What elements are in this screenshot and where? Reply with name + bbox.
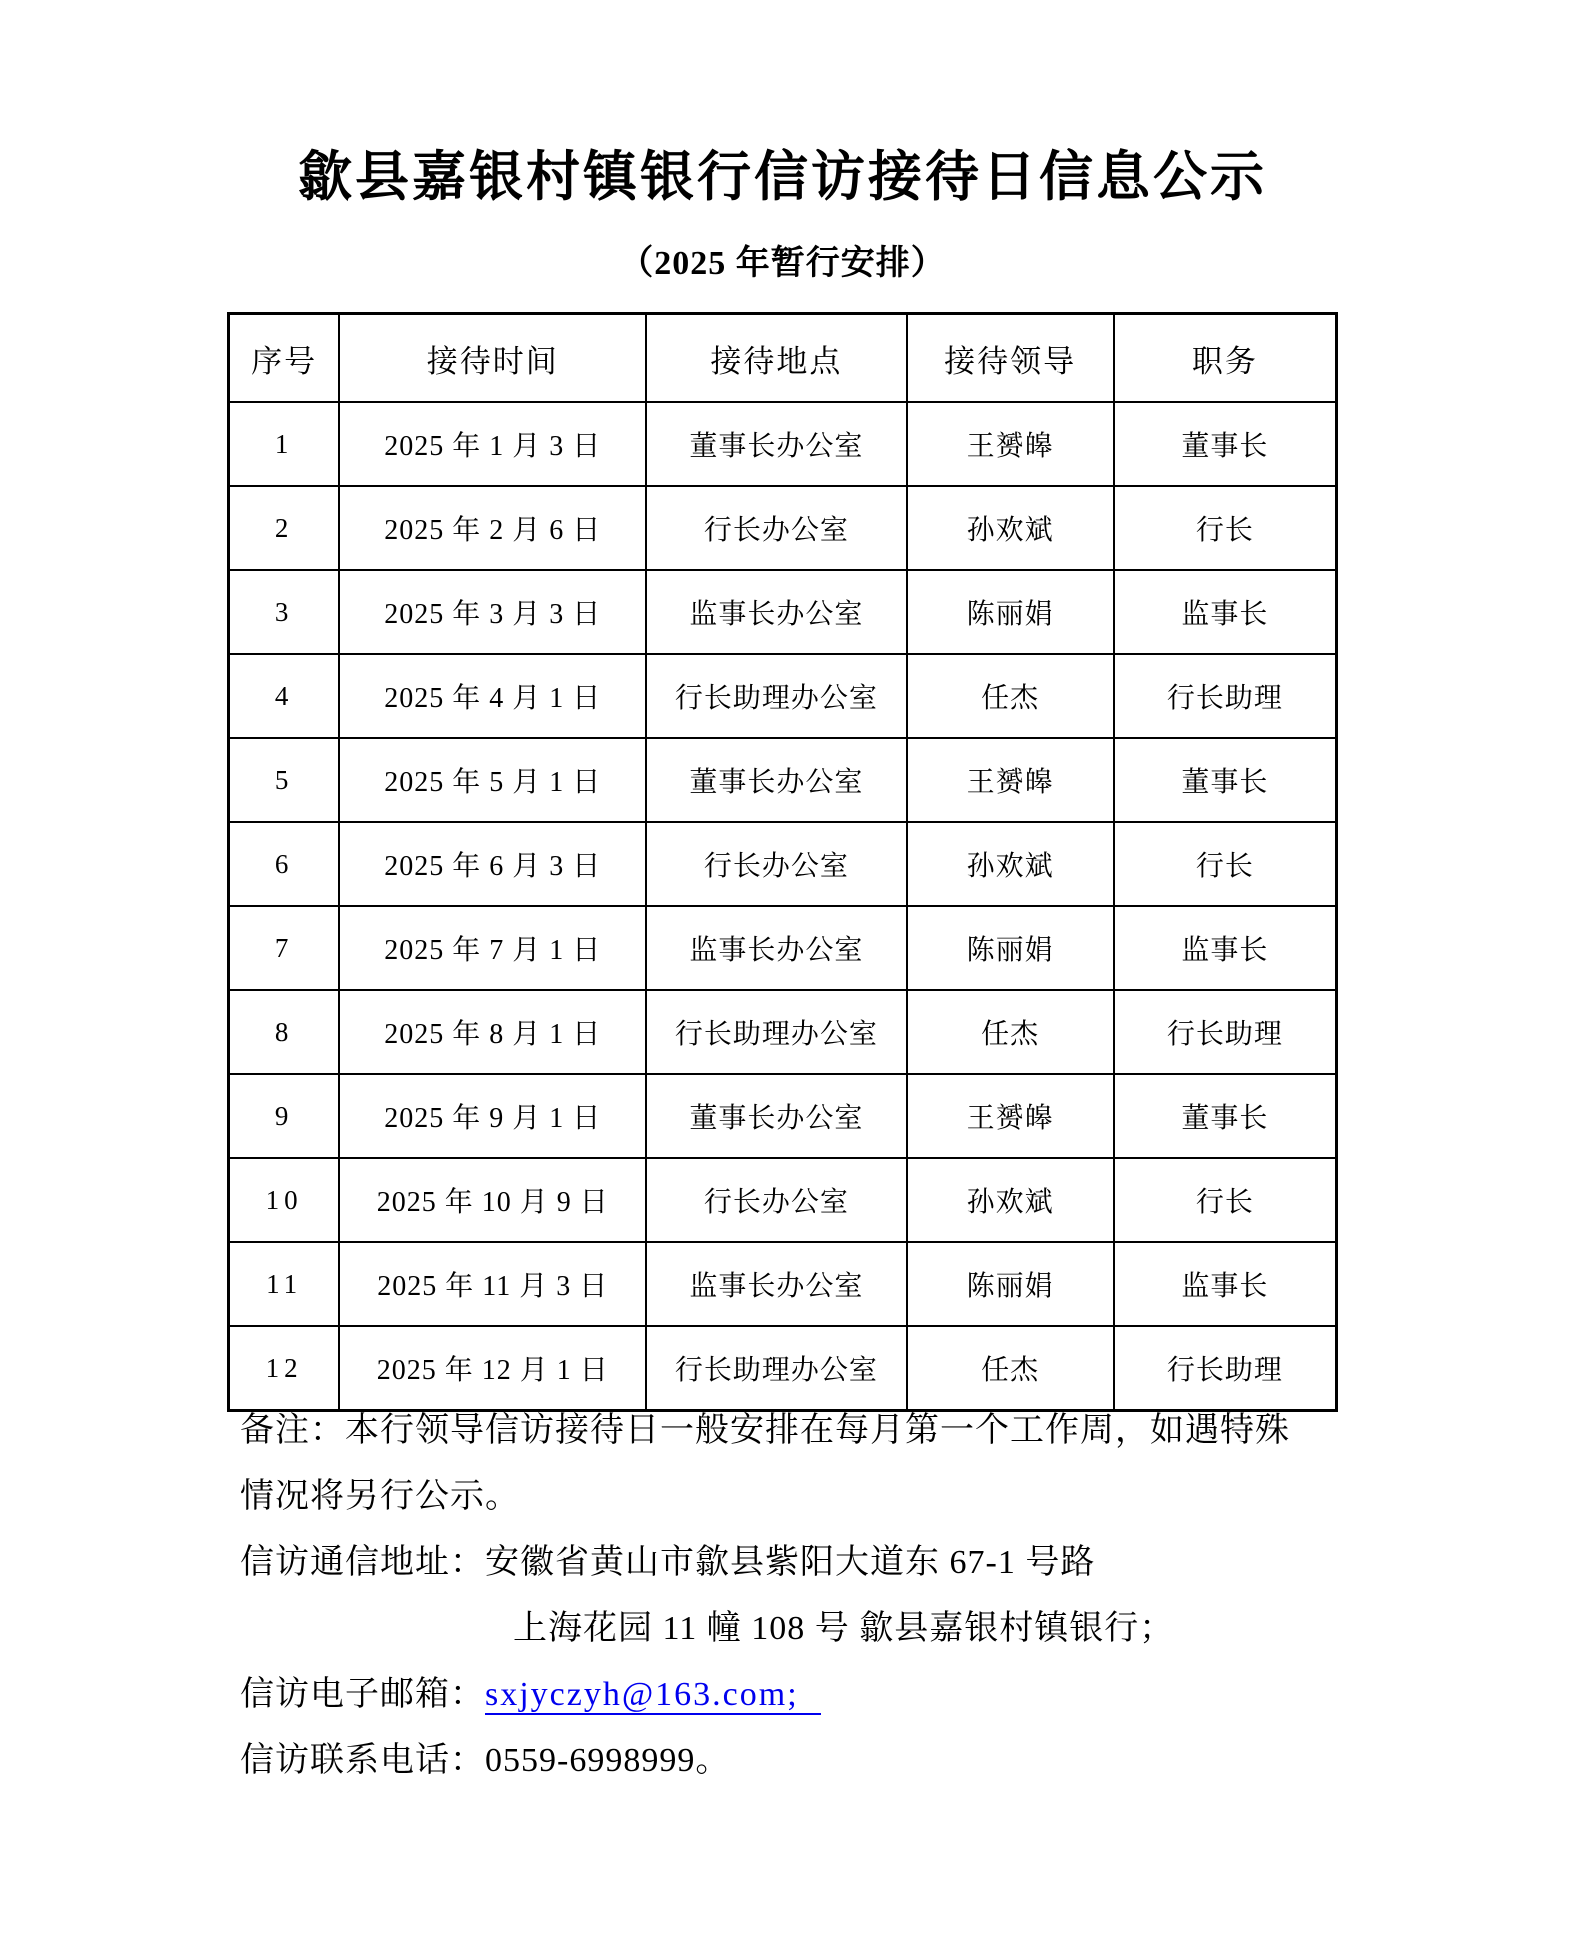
cell-time: 2025 年 7 月 1 日 [339, 906, 646, 990]
table-row: 42025 年 4 月 1 日行长助理办公室任杰行长助理 [229, 654, 1337, 738]
cell-position: 行长 [1114, 486, 1337, 570]
cell-time: 2025 年 3 月 3 日 [339, 570, 646, 654]
table-body: 12025 年 1 月 3 日董事长办公室王赟皞董事长22025 年 2 月 6… [229, 402, 1337, 1411]
cell-leader: 孙欢斌 [907, 822, 1114, 906]
cell-time: 2025 年 9 月 1 日 [339, 1074, 646, 1158]
cell-location: 董事长办公室 [646, 1074, 906, 1158]
cell-index: 5 [229, 738, 340, 822]
mailing-address-line-1: 信访通信地址：安徽省黄山市歙县紫阳大道东 67-1 号路 [240, 1530, 1390, 1596]
cell-index: 2 [229, 486, 340, 570]
cell-location: 行长办公室 [646, 822, 906, 906]
cell-location: 董事长办公室 [646, 402, 906, 486]
table-row: 82025 年 8 月 1 日行长助理办公室任杰行长助理 [229, 990, 1337, 1074]
cell-location: 监事长办公室 [646, 906, 906, 990]
cell-index: 11 [229, 1242, 340, 1326]
cell-index: 3 [229, 570, 340, 654]
header-location: 接待地点 [646, 314, 906, 403]
remark-line-2: 情况将另行公示。 [240, 1464, 1390, 1530]
cell-position: 董事长 [1114, 738, 1337, 822]
cell-location: 董事长办公室 [646, 738, 906, 822]
cell-time: 2025 年 11 月 3 日 [339, 1242, 646, 1326]
table-row: 32025 年 3 月 3 日监事长办公室陈丽娟监事长 [229, 570, 1337, 654]
email-link[interactable]: sxjyczyh@163.com; [485, 1676, 821, 1715]
cell-leader: 任杰 [907, 990, 1114, 1074]
cell-index: 9 [229, 1074, 340, 1158]
page-title: 歙县嘉银村镇银行信访接待日信息公示 [227, 148, 1338, 207]
phone-line: 信访联系电话：0559-6998999。 [240, 1728, 1390, 1794]
cell-leader: 任杰 [907, 654, 1114, 738]
email-line: 信访电子邮箱：sxjyczyh@163.com; [240, 1662, 1390, 1728]
cell-location: 行长办公室 [646, 486, 906, 570]
page-subtitle: （2025 年暂行安排） [227, 235, 1338, 284]
header-time: 接待时间 [339, 314, 646, 403]
table-row: 12025 年 1 月 3 日董事长办公室王赟皞董事长 [229, 402, 1337, 486]
cell-position: 行长助理 [1114, 654, 1337, 738]
cell-index: 10 [229, 1158, 340, 1242]
cell-leader: 陈丽娟 [907, 1242, 1114, 1326]
table-row: 62025 年 6 月 3 日行长办公室孙欢斌行长 [229, 822, 1337, 906]
cell-leader: 孙欢斌 [907, 1158, 1114, 1242]
page-content: 歙县嘉银村镇银行信访接待日信息公示 （2025 年暂行安排） [227, 0, 1338, 284]
cell-time: 2025 年 10 月 9 日 [339, 1158, 646, 1242]
cell-leader: 孙欢斌 [907, 486, 1114, 570]
header-index: 序号 [229, 314, 340, 403]
table-row: 92025 年 9 月 1 日董事长办公室王赟皞董事长 [229, 1074, 1337, 1158]
table-header: 序号 接待时间 接待地点 接待领导 职务 [229, 314, 1337, 403]
cell-time: 2025 年 4 月 1 日 [339, 654, 646, 738]
cell-leader: 王赟皞 [907, 738, 1114, 822]
cell-leader: 陈丽娟 [907, 570, 1114, 654]
table-row: 52025 年 5 月 1 日董事长办公室王赟皞董事长 [229, 738, 1337, 822]
cell-time: 2025 年 1 月 3 日 [339, 402, 646, 486]
cell-leader: 王赟皞 [907, 1074, 1114, 1158]
cell-leader: 王赟皞 [907, 402, 1114, 486]
table-row: 112025 年 11 月 3 日监事长办公室陈丽娟监事长 [229, 1242, 1337, 1326]
cell-position: 监事长 [1114, 1242, 1337, 1326]
cell-location: 监事长办公室 [646, 1242, 906, 1326]
cell-position: 董事长 [1114, 1074, 1337, 1158]
table-header-row: 序号 接待时间 接待地点 接待领导 职务 [229, 314, 1337, 403]
table-row: 72025 年 7 月 1 日监事长办公室陈丽娟监事长 [229, 906, 1337, 990]
cell-location: 监事长办公室 [646, 570, 906, 654]
cell-leader: 陈丽娟 [907, 906, 1114, 990]
cell-location: 行长助理办公室 [646, 654, 906, 738]
cell-position: 董事长 [1114, 402, 1337, 486]
table-row: 102025 年 10 月 9 日行长办公室孙欢斌行长 [229, 1158, 1337, 1242]
cell-position: 行长 [1114, 1158, 1337, 1242]
reception-schedule-table: 序号 接待时间 接待地点 接待领导 职务 12025 年 1 月 3 日董事长办… [227, 312, 1338, 1412]
cell-position: 行长 [1114, 822, 1337, 906]
header-leader: 接待领导 [907, 314, 1114, 403]
email-label: 信访电子邮箱： [240, 1676, 485, 1713]
cell-time: 2025 年 8 月 1 日 [339, 990, 646, 1074]
header-position: 职务 [1114, 314, 1337, 403]
cell-index: 7 [229, 906, 340, 990]
table-row: 22025 年 2 月 6 日行长办公室孙欢斌行长 [229, 486, 1337, 570]
cell-index: 6 [229, 822, 340, 906]
cell-index: 1 [229, 402, 340, 486]
cell-location: 行长助理办公室 [646, 990, 906, 1074]
cell-location: 行长办公室 [646, 1158, 906, 1242]
mailing-address-line-2: 上海花园 11 幢 108 号 歙县嘉银村镇银行； [240, 1596, 1390, 1662]
cell-position: 监事长 [1114, 906, 1337, 990]
cell-time: 2025 年 5 月 1 日 [339, 738, 646, 822]
cell-time: 2025 年 2 月 6 日 [339, 486, 646, 570]
cell-index: 4 [229, 654, 340, 738]
cell-time: 2025 年 6 月 3 日 [339, 822, 646, 906]
remark-line-1: 备注：本行领导信访接待日一般安排在每月第一个工作周，如遇特殊 [240, 1398, 1390, 1464]
notes-section: 备注：本行领导信访接待日一般安排在每月第一个工作周，如遇特殊 情况将另行公示。 … [240, 1398, 1390, 1794]
cell-position: 行长助理 [1114, 990, 1337, 1074]
cell-index: 8 [229, 990, 340, 1074]
cell-position: 监事长 [1114, 570, 1337, 654]
